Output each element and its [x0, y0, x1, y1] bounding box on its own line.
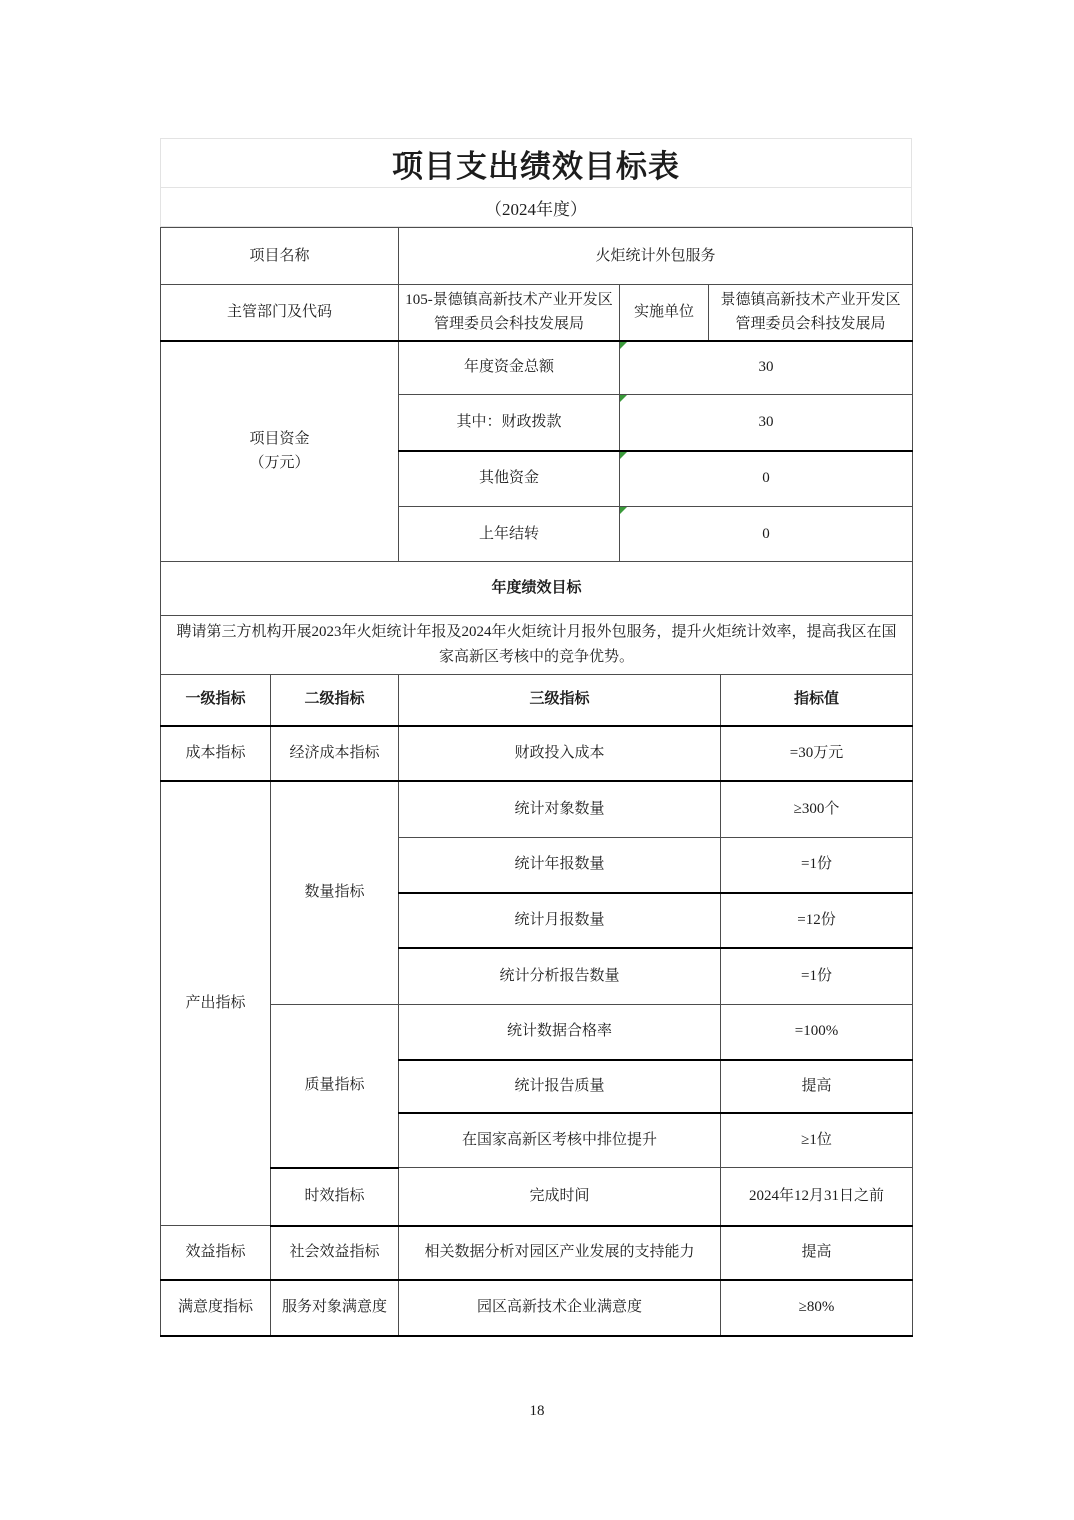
fund-other-value: 0 [620, 451, 913, 507]
excel-flag-icon [620, 342, 627, 349]
metric-name: 统计报告质量 [399, 1060, 721, 1113]
header-value: 指标值 [721, 675, 913, 726]
benefit-value: 提高 [721, 1226, 913, 1280]
metric-value: =100% [721, 1005, 913, 1060]
metric-value: 提高 [721, 1060, 913, 1113]
header-level2: 二级指标 [271, 675, 399, 726]
document-page: 项目支出绩效目标表 （2024年度） 项目名称 火炬统计外包服务 主管部门及代码… [160, 138, 912, 1337]
quality-level2: 质量指标 [271, 1005, 399, 1168]
fund-other-value-text: 0 [762, 470, 770, 486]
excel-flag-icon [620, 452, 627, 459]
metric-value: ≥300个 [721, 781, 913, 838]
benefit-level2: 社会效益指标 [271, 1226, 399, 1280]
metric-value: =1份 [721, 948, 913, 1005]
metric-name: 统计数据合格率 [399, 1005, 721, 1060]
output-level1: 产出指标 [161, 781, 271, 1226]
fund-carryover-value-text: 0 [762, 526, 770, 542]
metric-name: 统计对象数量 [399, 781, 721, 838]
metric-value: =1份 [721, 838, 913, 893]
cost-value: =30万元 [721, 726, 913, 781]
fund-other-label: 其他资金 [399, 451, 620, 507]
satisfaction-value: ≥80% [721, 1280, 913, 1336]
metric-value: 2024年12月31日之前 [721, 1168, 913, 1226]
metric-name: 在国家高新区考核中排位提升 [399, 1113, 721, 1168]
dept-code-label: 主管部门及代码 [161, 285, 399, 341]
quantity-level2: 数量指标 [271, 781, 399, 1005]
cost-level1: 成本指标 [161, 726, 271, 781]
metric-name: 统计分析报告数量 [399, 948, 721, 1005]
header-level3: 三级指标 [399, 675, 721, 726]
excel-flag-icon [620, 395, 627, 402]
fund-total-label: 年度资金总额 [399, 341, 620, 395]
benefit-metric: 相关数据分析对园区产业发展的支持能力 [399, 1226, 721, 1280]
header-level1: 一级指标 [161, 675, 271, 726]
satisfaction-metric: 园区高新技术企业满意度 [399, 1280, 721, 1336]
cost-level2: 经济成本指标 [271, 726, 399, 781]
fund-total-value: 30 [620, 341, 913, 395]
doc-title: 项目支出绩效目标表 [161, 139, 911, 187]
metric-name: 统计年报数量 [399, 838, 721, 893]
benefit-level1: 效益指标 [161, 1226, 271, 1280]
dept-code-value: 105-景德镇高新技术产业开发区管理委员会科技发展局 [399, 285, 620, 341]
fund-total-value-text: 30 [759, 359, 774, 375]
doc-subtitle: （2024年度） [161, 187, 911, 226]
annual-goal-header: 年度绩效目标 [161, 562, 913, 616]
fund-fiscal-value: 30 [620, 395, 913, 451]
fund-carryover-label: 上年结转 [399, 507, 620, 562]
project-funds-label: 项目资金 （万元） [161, 341, 399, 562]
satisfaction-level1: 满意度指标 [161, 1280, 271, 1336]
fund-fiscal-label: 其中：财政拨款 [399, 395, 620, 451]
page-number: 18 [0, 1403, 1074, 1420]
metric-name: 完成时间 [399, 1168, 721, 1226]
metric-value: =12份 [721, 893, 913, 948]
timeliness-level2: 时效指标 [271, 1168, 399, 1226]
impl-unit-label: 实施单位 [620, 285, 709, 341]
title-block: 项目支出绩效目标表 （2024年度） [160, 138, 912, 227]
metric-value: ≥1位 [721, 1113, 913, 1168]
excel-flag-icon [620, 507, 627, 514]
metric-name: 统计月报数量 [399, 893, 721, 948]
annual-goal-text: 聘请第三方机构开展2023年火炬统计年报及2024年火炬统计月报外包服务，提升火… [161, 616, 913, 675]
fund-fiscal-value-text: 30 [759, 414, 774, 430]
performance-target-table: 项目名称 火炬统计外包服务 主管部门及代码 105-景德镇高新技术产业开发区管理… [160, 227, 913, 1337]
project-name-label: 项目名称 [161, 228, 399, 285]
cost-metric: 财政投入成本 [399, 726, 721, 781]
impl-unit-value: 景德镇高新技术产业开发区管理委员会科技发展局 [709, 285, 913, 341]
satisfaction-level2: 服务对象满意度 [271, 1280, 399, 1336]
project-name-value: 火炬统计外包服务 [399, 228, 913, 285]
fund-carryover-value: 0 [620, 507, 913, 562]
